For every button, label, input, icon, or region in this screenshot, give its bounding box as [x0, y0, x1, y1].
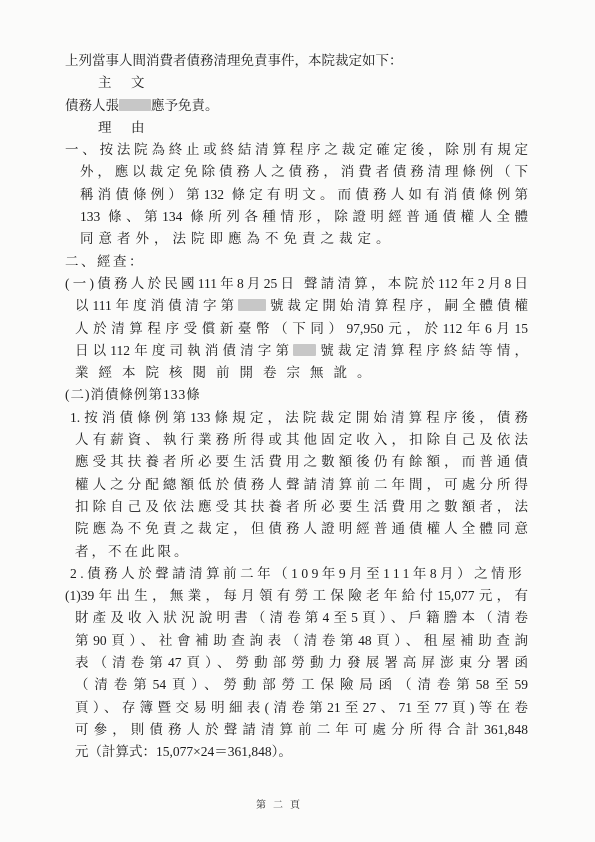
doc-text: 元（計算式：15,077×24＝361,848）。	[75, 744, 292, 759]
doc-text: 權人之分配總額低於債務人聲請清算前二年間，可處分所得	[75, 477, 528, 492]
doc-text: 院應為不免責之裁定，但債務人證明經普通債權人全體同意	[75, 521, 528, 536]
doc-line: (1)39年出生，無業，每月領有勞工保險老年給付15,077元，有	[65, 585, 528, 607]
doc-line: 債務人張應予免責。	[65, 95, 528, 117]
doc-text: (二)消債條例第133條	[65, 387, 201, 402]
doc-text: 以111年度消債清字第	[75, 298, 238, 313]
doc-text: 號裁定開始清算程序，嗣全體債權	[266, 298, 528, 313]
doc-text: 債務人張	[65, 98, 119, 113]
doc-line: 財產及收入狀況說明書（清卷第4至5頁）、戶籍謄本（清卷	[65, 607, 528, 629]
doc-text: 第90頁）、社會補助查詢表（清卷第48頁）、租屋補助查詢	[75, 633, 528, 648]
doc-line: （清卷第54頁）、勞動部勞工保險局函（清卷第58至59	[65, 674, 528, 696]
doc-line: 同意者外，法院即應為不免責之裁定。	[65, 228, 528, 250]
doc-text: 扣除自己及依法應受其扶養者所必要生活費用之數額者，法	[75, 499, 528, 514]
doc-line: 133 條、第134 條所列各種情形，除證明經普通債權人全體	[65, 206, 528, 228]
doc-text: 2.債務人於聲請清算前二年（109年9月至111年8月）之情形	[70, 566, 525, 581]
doc-text: 同意者外，法院即應為不免責之裁定。	[80, 231, 395, 246]
doc-text: 外，應以裁定免除債務人之債務，消費者債務清理條例（下	[80, 164, 528, 179]
doc-line: 可參，則債務人於聲請清算前二年可處分所得合計361,848	[65, 719, 528, 741]
doc-line: (二)消債條例第133條	[65, 384, 528, 406]
doc-text: 人於清算程序受償新臺幣（下同）97,950元，於112年6月15	[75, 321, 528, 336]
doc-line: 以111年度消債清字第號裁定開始清算程序，嗣全體債權	[65, 295, 528, 317]
doc-line: 稱消債條例）第132 條定有明文。而債務人如有消債條例第	[65, 184, 528, 206]
doc-text: 二、經查：	[65, 254, 145, 269]
doc-text: 可參，則債務人於聲請清算前二年可處分所得合計361,848	[75, 722, 528, 737]
redaction-box	[238, 299, 266, 311]
doc-text: 應予免責。	[151, 98, 219, 113]
doc-text: 1.按消債條例第133條規定，法院裁定開始清算程序後，債務	[70, 410, 528, 425]
doc-text: 號裁定清算程序終結等情，	[316, 343, 528, 358]
page-footer: 第二頁	[0, 796, 595, 811]
doc-line: 表（清卷第47頁）、勞動部勞動力發展署高屏澎東分署函	[65, 652, 528, 674]
doc-line: 業經本院核閱前開卷宗無訛。	[65, 362, 528, 384]
doc-line: 權人之分配總額低於債務人聲請清算前二年間，可處分所得	[65, 474, 528, 496]
doc-line: 上列當事人間消費者債務清理免責事件，本院裁定如下：	[65, 50, 528, 72]
doc-line: 日以112年度司執消債清字第號裁定清算程序終結等情，	[65, 340, 528, 362]
doc-text: 133 條、第134 條所列各種情形，除證明經普通債權人全體	[80, 209, 528, 224]
doc-line: 應受其扶養者所必要生活費用之數額後仍有餘額，而普通債	[65, 451, 528, 473]
doc-text: 人有薪資、執行業務所得或其他固定收入，扣除自己及依法	[75, 432, 528, 447]
doc-line: 元（計算式：15,077×24＝361,848）。	[65, 741, 528, 763]
doc-line: 扣除自己及依法應受其扶養者所必要生活費用之數額者，法	[65, 496, 528, 518]
doc-text: (1)39年出生，無業，每月領有勞工保險老年給付15,077元，有	[65, 588, 528, 603]
doc-line: (一)債務人於民國111年8月25日 聲請清算，本院於112年2月8日	[65, 273, 528, 295]
doc-text: 財產及收入狀況說明書（清卷第4至5頁）、戶籍謄本（清卷	[75, 610, 528, 625]
doc-text: 者，不在此限。	[75, 544, 191, 559]
document-page: 上列當事人間消費者債務清理免責事件，本院裁定如下：主 文債務人張應予免責。理 由…	[0, 0, 595, 842]
doc-text: 上列當事人間消費者債務清理免責事件，本院裁定如下：	[65, 53, 403, 68]
doc-text: (一)債務人於民國111年8月25日 聲請清算，本院於112年2月8日	[65, 276, 528, 291]
doc-text: 應受其扶養者所必要生活費用之數額後仍有餘額，而普通債	[75, 454, 528, 469]
doc-line: 理 由	[65, 117, 528, 139]
doc-line: 主 文	[65, 72, 528, 94]
doc-text: 主 文	[98, 75, 148, 90]
doc-text: 日以112年度司執消債清字第	[75, 343, 293, 358]
redaction-box	[293, 344, 316, 356]
doc-text: 理 由	[98, 120, 148, 135]
doc-line: 一、按法院為終止或終結清算程序之裁定確定後，除別有規定	[65, 139, 528, 161]
doc-text: 頁）、存簿暨交易明細表(清卷第21至27、71至77頁)等在卷	[75, 700, 528, 715]
doc-line: 者，不在此限。	[65, 541, 528, 563]
doc-line: 人於清算程序受償新臺幣（下同）97,950元，於112年6月15	[65, 318, 528, 340]
doc-line: 頁）、存簿暨交易明細表(清卷第21至27、71至77頁)等在卷	[65, 697, 528, 719]
document-body: 上列當事人間消費者債務清理免責事件，本院裁定如下：主 文債務人張應予免責。理 由…	[65, 50, 528, 764]
doc-text: 表（清卷第47頁）、勞動部勞動力發展署高屏澎東分署函	[75, 655, 528, 670]
doc-text: 一、按法院為終止或終結清算程序之裁定確定後，除別有規定	[65, 142, 528, 157]
doc-line: 外，應以裁定免除債務人之債務，消費者債務清理條例（下	[65, 161, 528, 183]
doc-text: 業經本院核閱前開卷宗無訛。	[75, 365, 381, 380]
doc-line: 二、經查：	[65, 251, 528, 273]
doc-line: 第90頁）、社會補助查詢表（清卷第48頁）、租屋補助查詢	[65, 630, 528, 652]
doc-line: 2.債務人於聲請清算前二年（109年9月至111年8月）之情形	[65, 563, 528, 585]
doc-text: 稱消債條例）第132 條定有明文。而債務人如有消債條例第	[80, 187, 528, 202]
doc-line: 院應為不免責之裁定，但債務人證明經普通債權人全體同意	[65, 518, 528, 540]
doc-line: 1.按消債條例第133條規定，法院裁定開始清算程序後，債務	[65, 407, 528, 429]
doc-text: （清卷第54頁）、勞動部勞工保險局函（清卷第58至59	[75, 677, 528, 692]
redaction-box	[119, 99, 151, 111]
doc-line: 人有薪資、執行業務所得或其他固定收入，扣除自己及依法	[65, 429, 528, 451]
